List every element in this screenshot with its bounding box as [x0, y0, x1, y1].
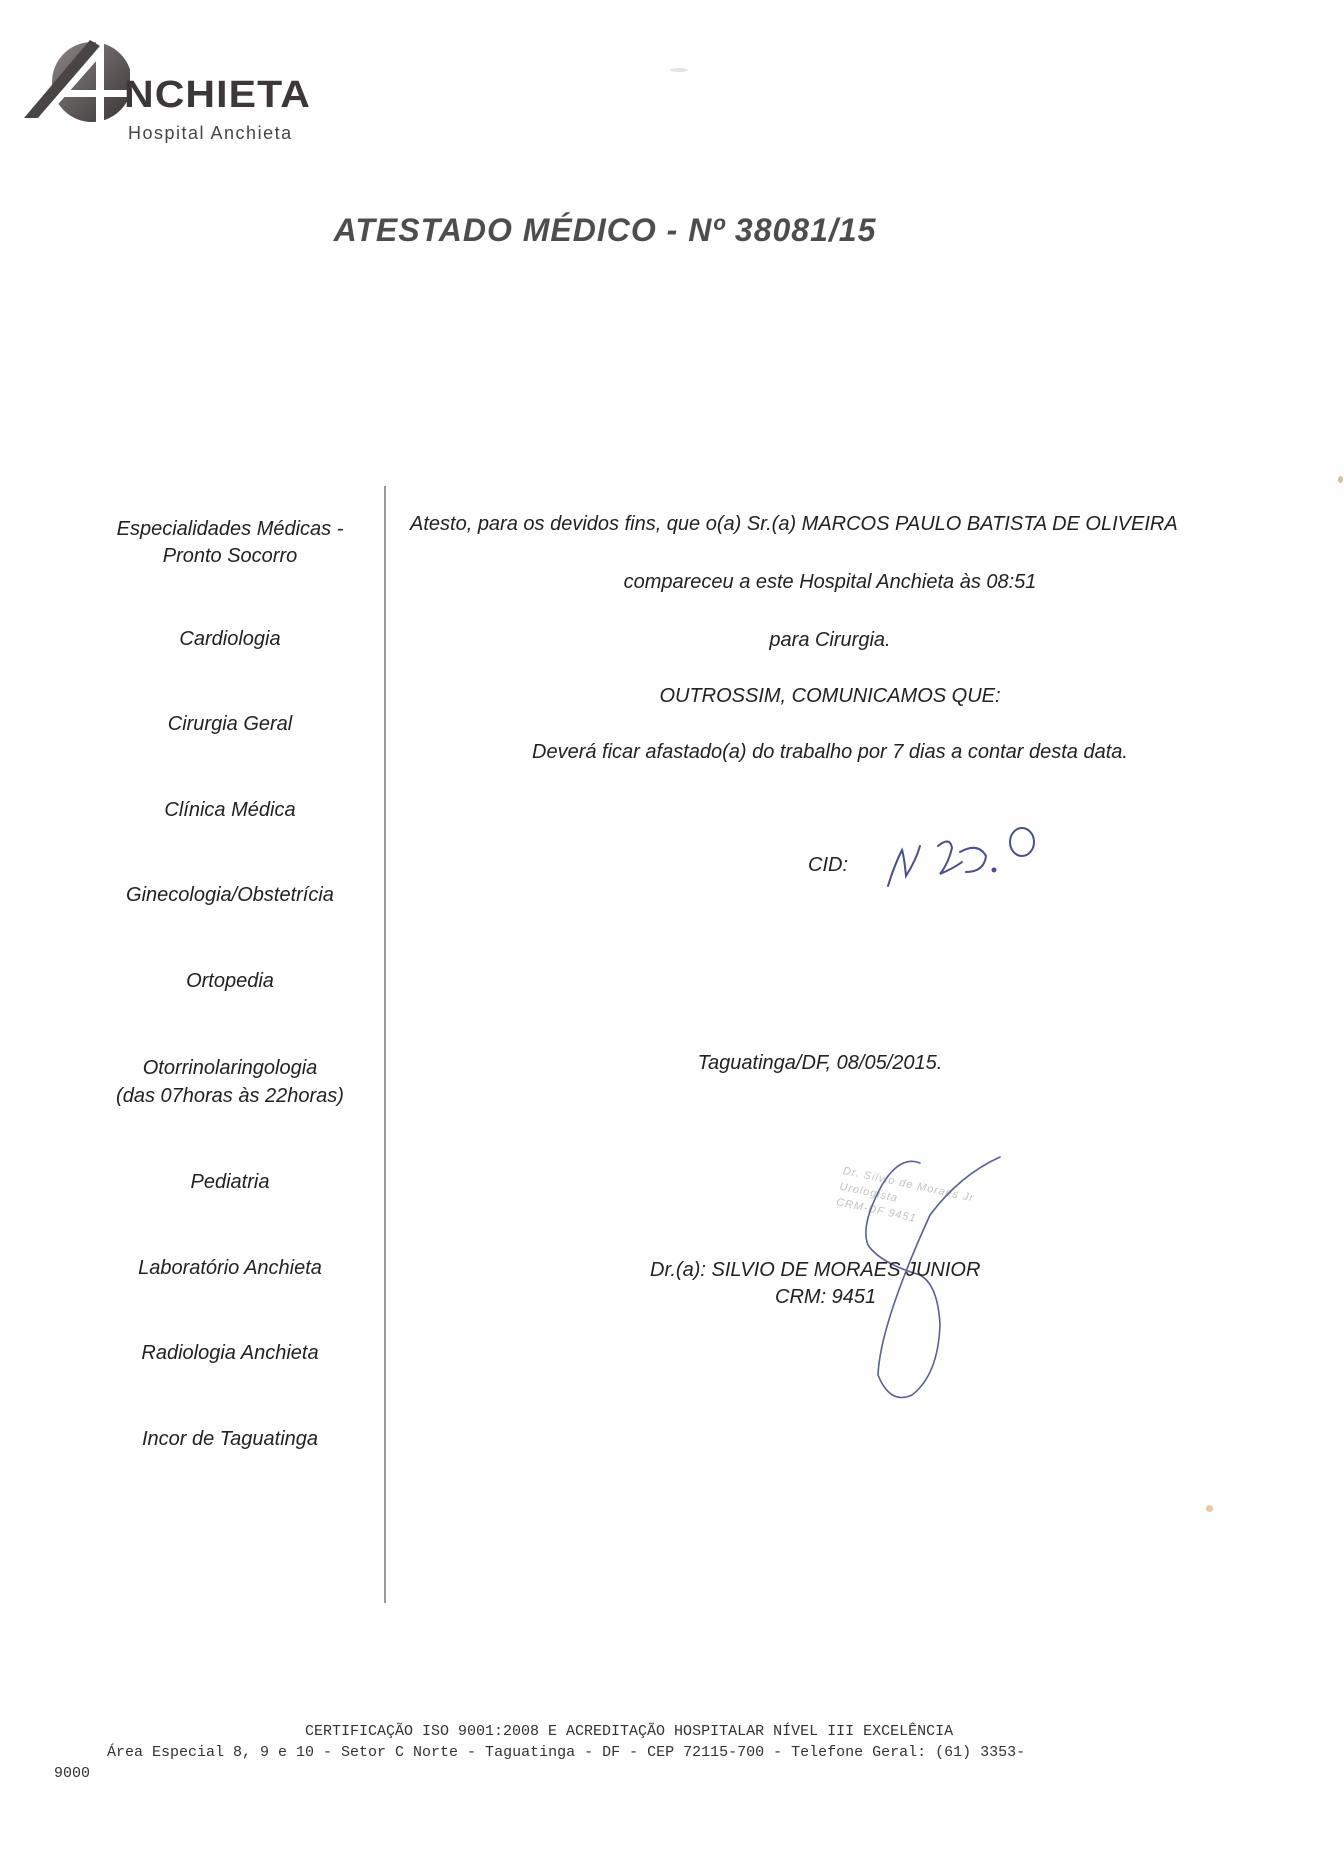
specialty-item: Otorrinolaringologia	[80, 1055, 380, 1082]
specialty-item: Pronto Socorro	[80, 543, 380, 570]
specialty-item: Radiologia Anchieta	[80, 1340, 380, 1367]
doctor-crm: CRM: 9451	[775, 1286, 876, 1309]
scan-speck	[670, 68, 688, 72]
footer-certification: CERTIFICAÇÃO ISO 9001:2008 E ACREDITAÇÃO…	[305, 1724, 953, 1739]
cid-label: CID:	[808, 854, 848, 877]
hospital-logo: NCHIETA Hospital Anchieta	[20, 38, 320, 128]
anchieta-a-cross-icon	[20, 38, 130, 128]
specialty-item: (das 07horas às 22horas)	[80, 1083, 380, 1110]
attestation-line: Atesto, para os devidos fins, que o(a) S…	[410, 514, 1310, 534]
medical-certificate-page: NCHIETA Hospital Anchieta ATESTADO MÉDIC…	[0, 0, 1344, 1871]
scan-speck	[1338, 476, 1343, 483]
cid-handwritten-code	[876, 816, 1076, 896]
specialty-item: Pediatria	[80, 1169, 380, 1196]
leave-line: Deverá ficar afastado(a) do trabalho por…	[390, 742, 1270, 762]
specialty-item: Clínica Médica	[80, 797, 380, 824]
purpose-line: para Cirurgia.	[390, 630, 1270, 650]
specialty-item: Cirurgia Geral	[80, 711, 380, 738]
logo-brand-text: NCHIETA	[124, 76, 311, 114]
specialty-item: Ortopedia	[80, 968, 380, 995]
footer-address-continued: 9000	[54, 1766, 90, 1781]
specialty-item: Incor de Taguatinga	[80, 1426, 380, 1453]
place-date: Taguatinga/DF, 08/05/2015.	[620, 1053, 1020, 1073]
scan-speck	[1206, 1505, 1213, 1512]
specialty-item: Laboratório Anchieta	[80, 1255, 380, 1282]
specialty-item: Ginecologia/Obstetrícia	[80, 882, 380, 909]
notice-heading: OUTROSSIM, COMUNICAMOS QUE:	[390, 686, 1270, 706]
column-divider	[384, 486, 386, 1603]
attendance-line: compareceu a este Hospital Anchieta às 0…	[390, 572, 1270, 592]
specialty-item: Cardiologia	[80, 626, 380, 653]
document-title: ATESTADO MÉDICO - Nº 38081/15	[0, 214, 1210, 246]
logo-subtitle: Hospital Anchieta	[128, 124, 293, 142]
doctor-name: Dr.(a): SILVIO DE MORAES JUNIOR	[650, 1259, 980, 1282]
specialty-item: Especialidades Médicas -	[80, 516, 380, 543]
footer-address: Área Especial 8, 9 e 10 - Setor C Norte …	[107, 1745, 1025, 1760]
